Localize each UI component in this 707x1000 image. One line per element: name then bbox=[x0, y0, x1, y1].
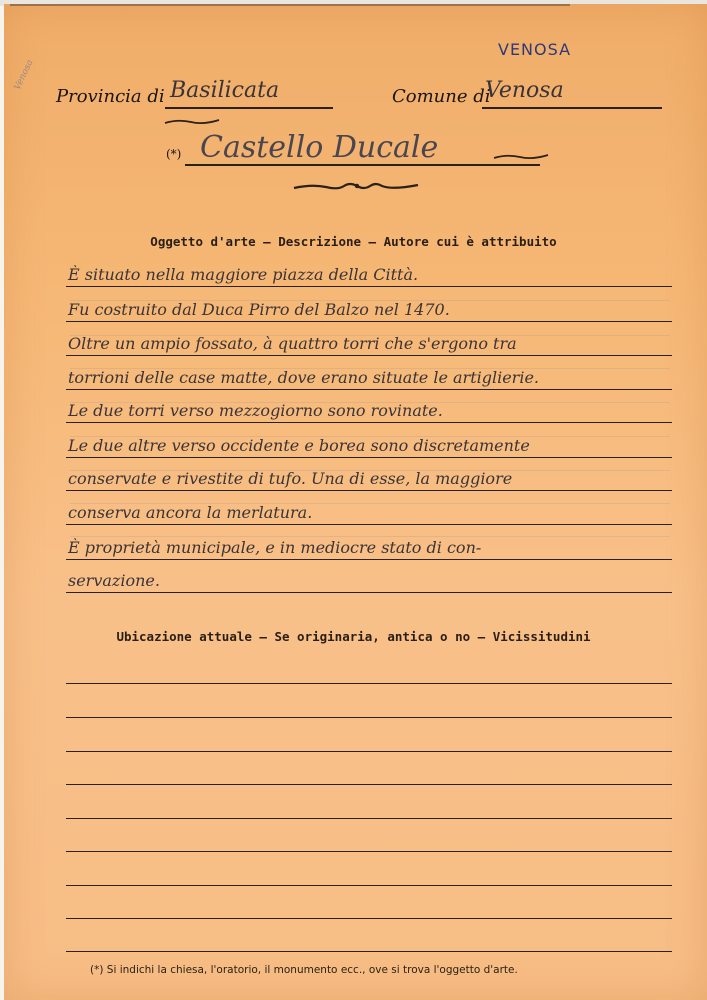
description-line: Fu costruito dal Duca Pirro del Balzo ne… bbox=[66, 292, 672, 322]
description-line: Le due altre verso occidente e borea son… bbox=[66, 428, 672, 458]
location-line bbox=[66, 688, 672, 718]
description-line: conservate e rivestite di tufo. Una di e… bbox=[66, 461, 672, 491]
description-text: Le due torri verso mezzogiorno sono rovi… bbox=[68, 401, 443, 420]
section-location-heading: Ubicazione attuale — Se originaria, anti… bbox=[0, 629, 707, 644]
location-line bbox=[66, 789, 672, 819]
line-rule bbox=[66, 490, 672, 492]
location-line bbox=[66, 889, 672, 919]
line-rule bbox=[66, 321, 672, 323]
description-line: torrioni delle case matte, dove erano si… bbox=[66, 360, 672, 390]
line-rule bbox=[66, 457, 672, 459]
description-text: È situato nella maggiore piazza della Ci… bbox=[68, 265, 418, 284]
location-line bbox=[66, 922, 672, 952]
description-text: Le due altre verso occidente e borea son… bbox=[68, 436, 530, 455]
location-line bbox=[66, 654, 672, 684]
location-line bbox=[66, 755, 672, 785]
line-rule bbox=[66, 918, 672, 920]
provincia-value: Basilicata bbox=[170, 78, 279, 103]
line-rule bbox=[66, 422, 672, 424]
line-rule bbox=[66, 524, 672, 526]
line-rule bbox=[66, 592, 672, 594]
footnote: (*) Si indichi la chiesa, l'oratorio, il… bbox=[90, 964, 518, 976]
venosa-stamp: VENOSA bbox=[498, 40, 571, 59]
comune-rule bbox=[482, 107, 662, 109]
description-text: servazione. bbox=[68, 571, 160, 590]
comune-value: Venosa bbox=[485, 78, 564, 103]
description-text: È proprietà municipale, e in mediocre st… bbox=[68, 538, 481, 557]
line-rule bbox=[66, 818, 672, 820]
ornament-swash-left bbox=[163, 117, 223, 127]
description-line: È situato nella maggiore piazza della Ci… bbox=[66, 257, 672, 287]
line-rule bbox=[66, 355, 672, 357]
provincia-rule bbox=[165, 107, 333, 109]
object-rule bbox=[185, 164, 540, 166]
ornament-swash-right bbox=[492, 152, 552, 162]
ornament-divider bbox=[292, 180, 422, 194]
description-line: Le due torri verso mezzogiorno sono rovi… bbox=[66, 393, 672, 423]
location-line bbox=[66, 822, 672, 852]
description-line: conserva ancora la merlatura. bbox=[66, 495, 672, 525]
line-rule bbox=[66, 717, 672, 719]
line-rule bbox=[66, 784, 672, 786]
description-line: È proprietà municipale, e in mediocre st… bbox=[66, 530, 672, 560]
line-rule bbox=[66, 286, 672, 288]
asterisk-marker: (*) bbox=[166, 147, 181, 161]
description-text: Fu costruito dal Duca Pirro del Balzo ne… bbox=[68, 300, 450, 319]
paper-top-edge bbox=[10, 4, 570, 6]
line-rule bbox=[66, 559, 672, 561]
description-text: conservate e rivestite di tufo. Una di e… bbox=[68, 469, 512, 488]
description-text: torrioni delle case matte, dove erano si… bbox=[68, 368, 539, 387]
description-text: Oltre un ampio fossato, à quattro torri … bbox=[68, 334, 517, 353]
object-value: Castello Ducale bbox=[200, 130, 438, 165]
line-rule bbox=[66, 951, 672, 953]
line-rule bbox=[66, 389, 672, 391]
provincia-label: Provincia di bbox=[56, 86, 165, 107]
description-text: conserva ancora la merlatura. bbox=[68, 503, 312, 522]
description-line: servazione. bbox=[66, 563, 672, 593]
section-description-heading: Oggetto d'arte — Descrizione — Autore cu… bbox=[0, 234, 707, 249]
line-rule bbox=[66, 683, 672, 685]
comune-label: Comune di bbox=[392, 86, 491, 107]
line-rule bbox=[66, 751, 672, 753]
location-line bbox=[66, 856, 672, 886]
location-line bbox=[66, 722, 672, 752]
line-rule bbox=[66, 885, 672, 887]
description-line: Oltre un ampio fossato, à quattro torri … bbox=[66, 326, 672, 356]
line-rule bbox=[66, 851, 672, 853]
